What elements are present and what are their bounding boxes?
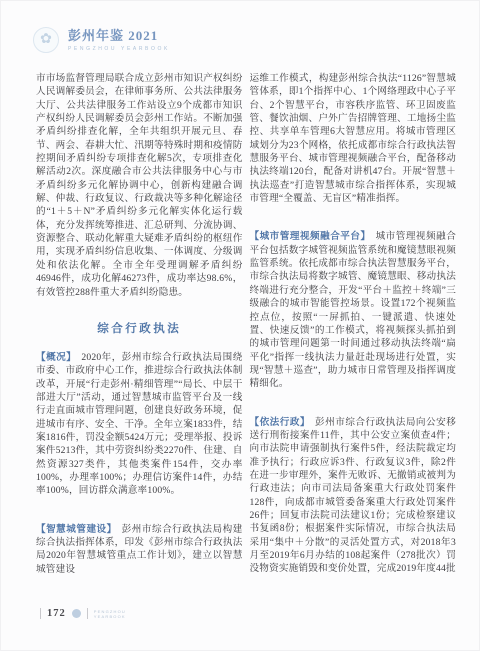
entry-video-platform: 【城市管理视频融合平台】城市管理视频融合平台包括数字城管视频监管系统和魔镜慧眼视…: [250, 230, 457, 390]
right-column: 运维工作模式，构建彭州综合执法“1126”智慧城管体系，即1个指挥中心、1个网络…: [250, 72, 457, 576]
entry-label: 【概况】: [36, 352, 76, 363]
paragraph-text: 城市管理视频融合平台包括数字城管视频监管系统和魔镜慧眼视频监管系统。依托成都市综…: [250, 231, 457, 389]
page-number: 172: [47, 608, 66, 619]
section-heading: 综合行政执法: [36, 320, 243, 336]
paragraph-text: 彭州市综合行政执法局向公安移送行刑衔接案件11件，其中公安立案侦查4件；向市法院…: [250, 417, 457, 575]
paragraph-continuation: 运维工作模式，构建彭州综合执法“1126”智慧城管体系，即1个指挥中心、1个网络…: [250, 72, 457, 205]
footer-divider: [87, 608, 88, 619]
yearbook-page: ✿ 彭州年鉴 2021 PENGZHOU YEARBOOK 市市场监督管理局联合…: [0, 0, 480, 651]
page-header: ✿ 彭州年鉴 2021 PENGZHOU YEARBOOK: [33, 27, 170, 53]
entry-label: 【智慧城管建设】: [36, 524, 117, 535]
footer-divider: [40, 608, 41, 619]
page-content: 市市场监督管理局联合成立彭州市知识产权纠纷人民调解委员会，在律师事务所、公共法律…: [36, 72, 456, 576]
yearbook-title: 彭州年鉴 2021: [68, 29, 170, 43]
paragraph-text: 2020年，彭州市综合行政执法局围绕市委、市政府中心工作，推进综合行政执法体制改…: [36, 352, 243, 496]
entry-overview: 【概况】2020年，彭州市综合行政执法局围绕市委、市政府中心工作，推进综合行政执…: [36, 351, 243, 498]
entry-label: 【依法行政】: [250, 417, 311, 428]
entry-smart-city: 【智慧城管建设】彭州市综合行政执法局构建综合执法指挥体系，印发《彭州市综合行政执…: [36, 523, 243, 576]
paragraph-text: 市市场监督管理局联合成立彭州市知识产权纠纷人民调解委员会，在律师事务所、公共法律…: [36, 73, 243, 298]
paragraph-text: 运维工作模式，构建彭州综合执法“1126”智慧城管体系，即1个指挥中心、1个网络…: [250, 73, 457, 204]
entry-rule-of-law: 【依法行政】彭州市综合行政执法局向公安移送行刑衔接案件11件，其中公安立案侦查4…: [250, 416, 457, 576]
footer-brand: PENGZHOU YEARBOOK: [94, 609, 126, 619]
footer-brand-line1: PENGZHOU: [94, 609, 126, 614]
page-footer: 172 PENGZHOU YEARBOOK: [40, 608, 126, 619]
yearbook-subtitle: PENGZHOU YEARBOOK: [68, 46, 170, 52]
footer-seal-icon: [72, 609, 81, 618]
footer-brand-line2: YEARBOOK: [94, 614, 126, 619]
paragraph-continuation: 市市场监督管理局联合成立彭州市知识产权纠纷人民调解委员会，在律师事务所、公共法律…: [36, 72, 243, 299]
left-column: 市市场监督管理局联合成立彭州市知识产权纠纷人民调解委员会，在律师事务所、公共法律…: [36, 72, 243, 576]
header-text: 彭州年鉴 2021 PENGZHOU YEARBOOK: [68, 29, 170, 52]
yearbook-seal-icon: ✿: [33, 27, 59, 53]
entry-label: 【城市管理视频融合平台】: [250, 231, 371, 242]
